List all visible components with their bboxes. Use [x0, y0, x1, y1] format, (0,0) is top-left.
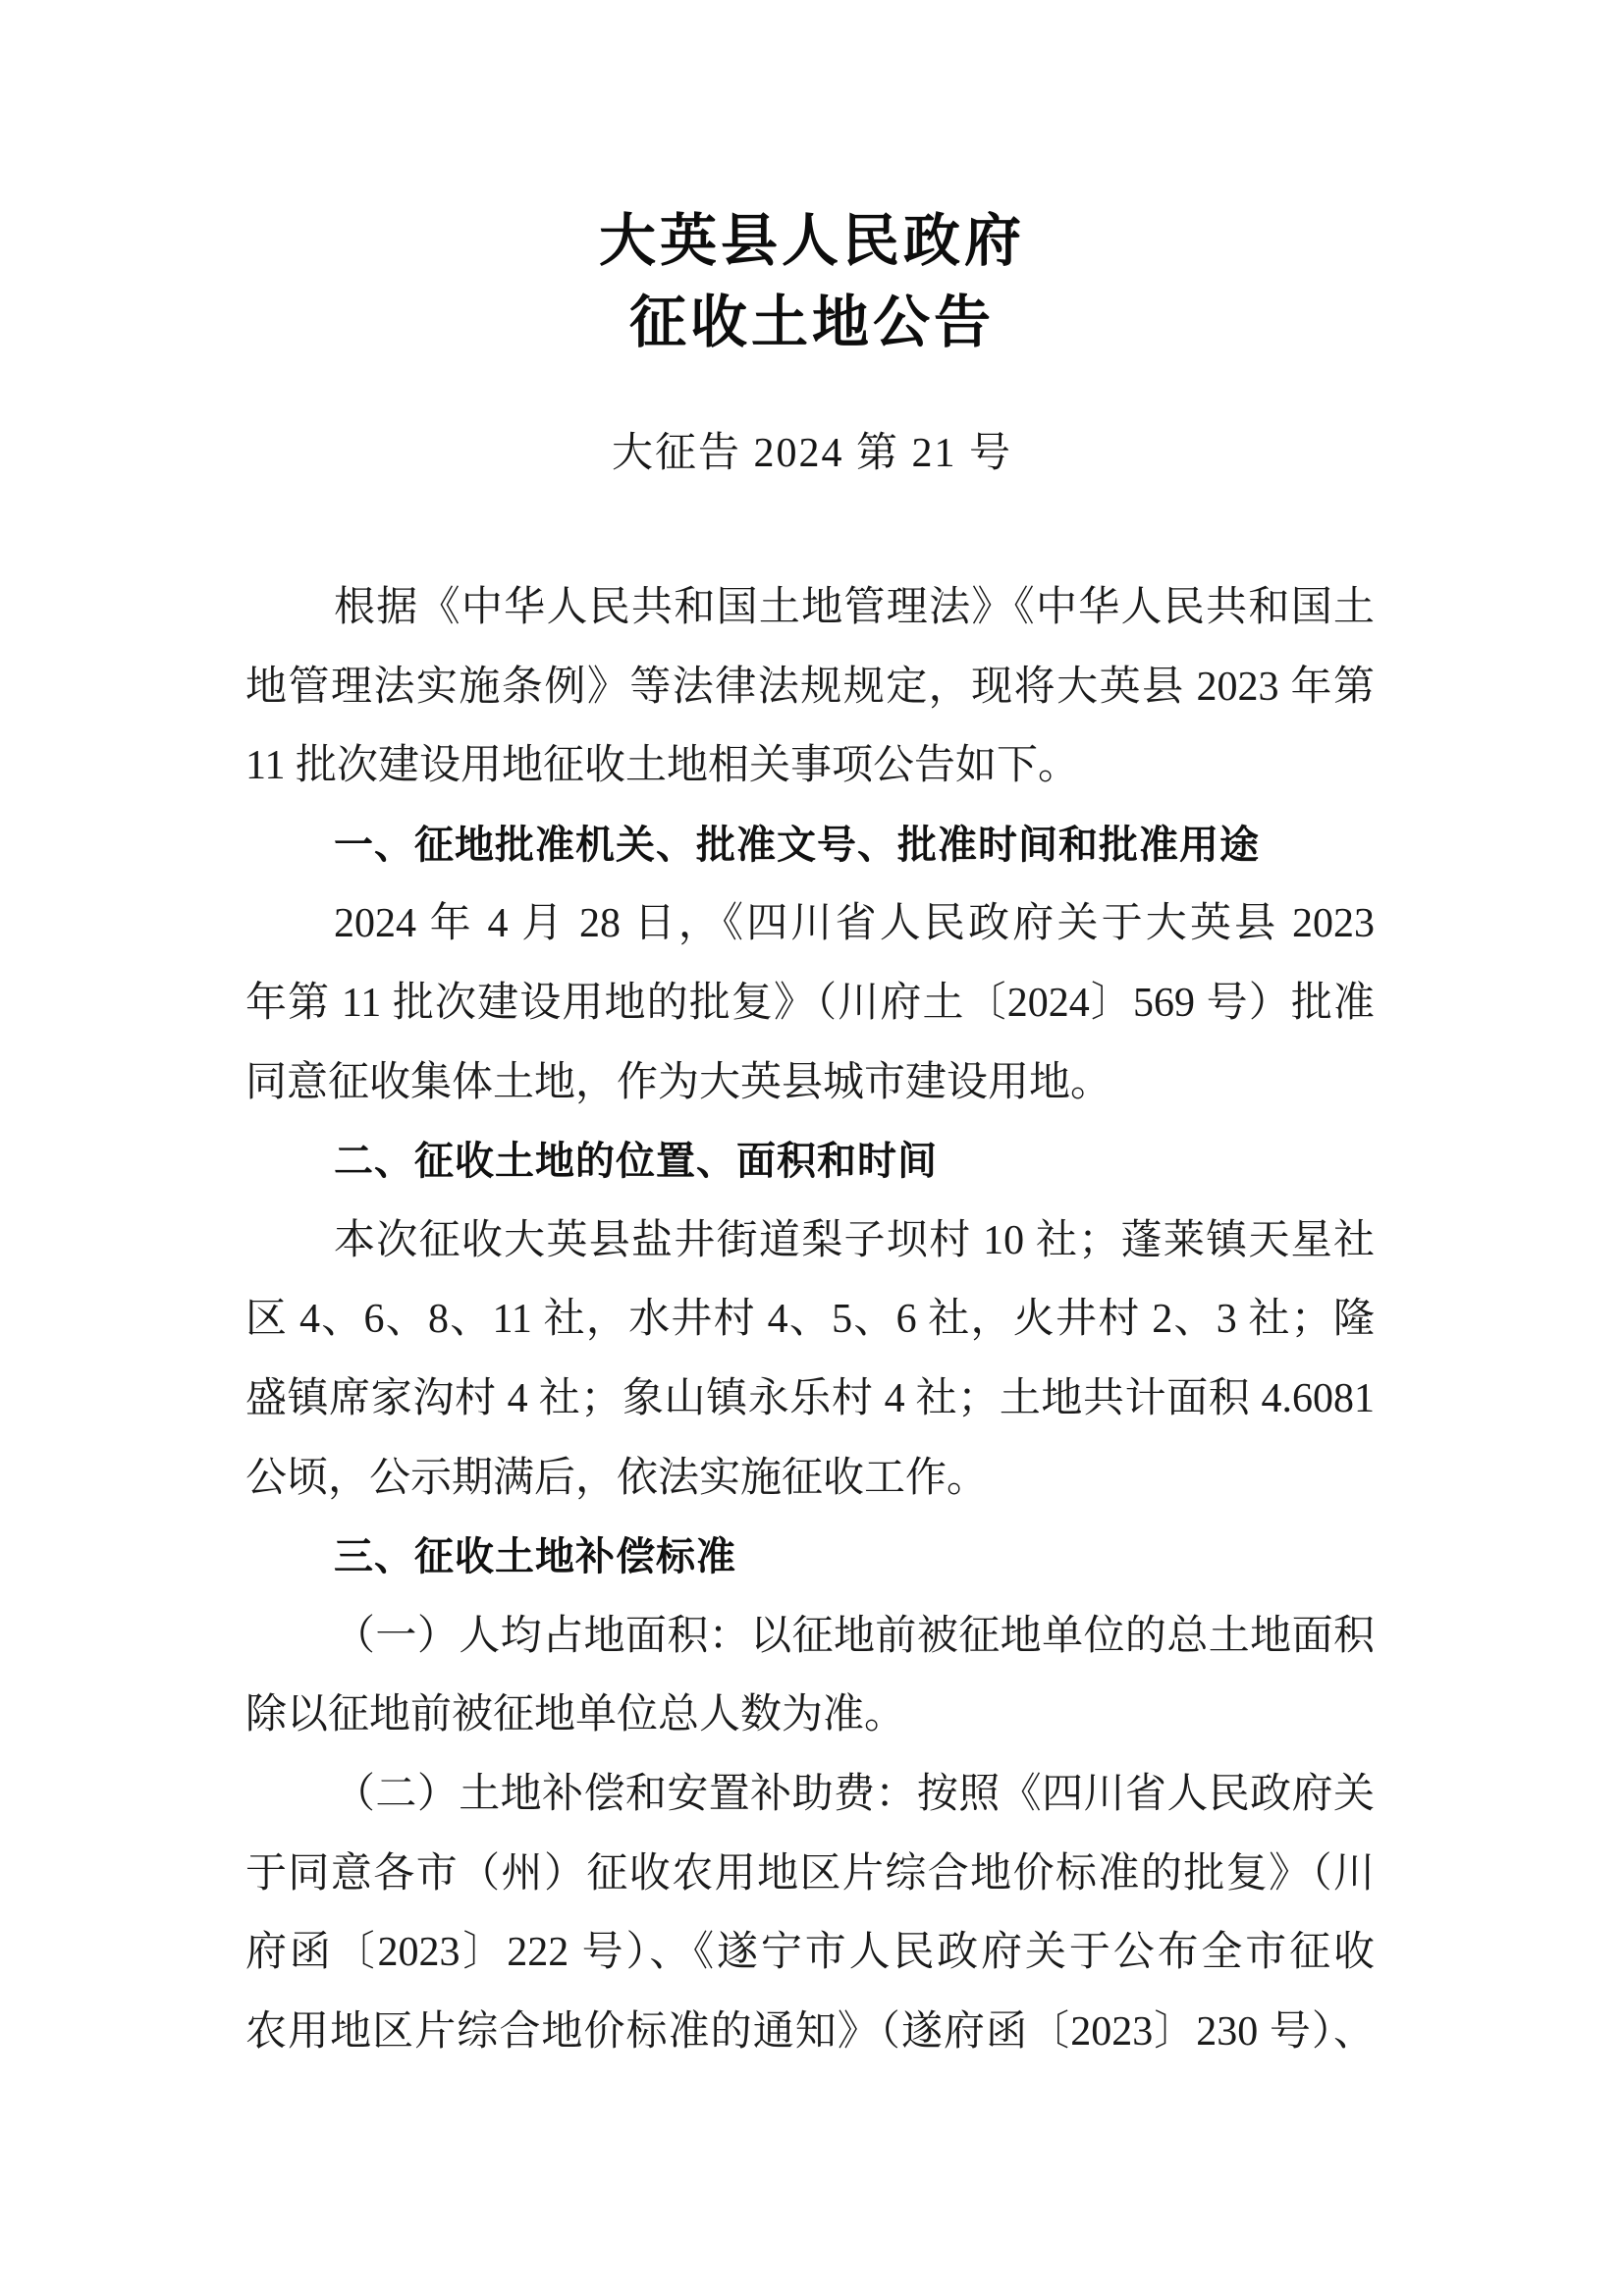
section3-item2-line-2: 于同意各市（州）征收农用地区片综合地价标准的批复》（川	[245, 1835, 1375, 1914]
section-heading-2: 二、征收土地的位置、面积和时间	[245, 1122, 1375, 1201]
document-title-line1: 大英县人民政府	[0, 200, 1624, 282]
section3-item2-line-1: （二）土地补偿和安置补助费：按照《四川省人民政府关	[245, 1755, 1375, 1835]
section-heading-3: 三、征收土地补偿标准	[245, 1518, 1375, 1597]
section2-line-2: 区 4、6、8、11 社，水井村 4、5、6 社，火井村 2、3 社；隆	[245, 1280, 1375, 1360]
section3-item1-line-2: 除以征地前被征地单位总人数为准。	[245, 1676, 1375, 1755]
section3-item2-line-4: 农用地区片综合地价标准的通知》（遂府函〔2023〕230 号）、	[245, 1993, 1375, 2072]
section3-item1-line-1: （一）人均占地面积：以征地前被征地单位的总土地面积	[245, 1597, 1375, 1677]
section1-line-3: 同意征收集体土地，作为大英县城市建设用地。	[245, 1043, 1375, 1123]
document-body: 根据《中华人民共和国土地管理法》《中华人民共和国土 地管理法实施条例》等法律法规…	[245, 568, 1375, 2071]
section1-line-1: 2024 年 4 月 28 日，《四川省人民政府关于大英县 2023	[245, 884, 1375, 964]
document-page: 大英县人民政府 征收土地公告 大征告 2024 第 21 号 根据《中华人民共和…	[0, 0, 1624, 2296]
section-heading-1: 一、征地批准机关、批准文号、批准时间和批准用途	[245, 806, 1375, 885]
section2-line-4: 公顷，公示期满后，依法实施征收工作。	[245, 1439, 1375, 1519]
document-number: 大征告 2024 第 21 号	[0, 422, 1624, 485]
section3-item2-line-3: 府函〔2023〕222 号）、《遂宁市人民政府关于公布全市征收	[245, 1913, 1375, 1993]
preamble-line-1: 根据《中华人民共和国土地管理法》《中华人民共和国土	[245, 568, 1375, 648]
document-title-line2: 征收土地公告	[0, 282, 1624, 363]
preamble-line-2: 地管理法实施条例》等法律法规规定，现将大英县 2023 年第	[245, 648, 1375, 727]
section2-line-3: 盛镇席家沟村 4 社；象山镇永乐村 4 社；土地共计面积 4.6081	[245, 1360, 1375, 1439]
preamble-line-3: 11 批次建设用地征收土地相关事项公告如下。	[245, 726, 1375, 806]
section1-line-2: 年第 11 批次建设用地的批复》（川府土〔2024〕569 号）批准	[245, 964, 1375, 1043]
section2-line-1: 本次征收大英县盐井街道梨子坝村 10 社；蓬莱镇天星社	[245, 1201, 1375, 1281]
